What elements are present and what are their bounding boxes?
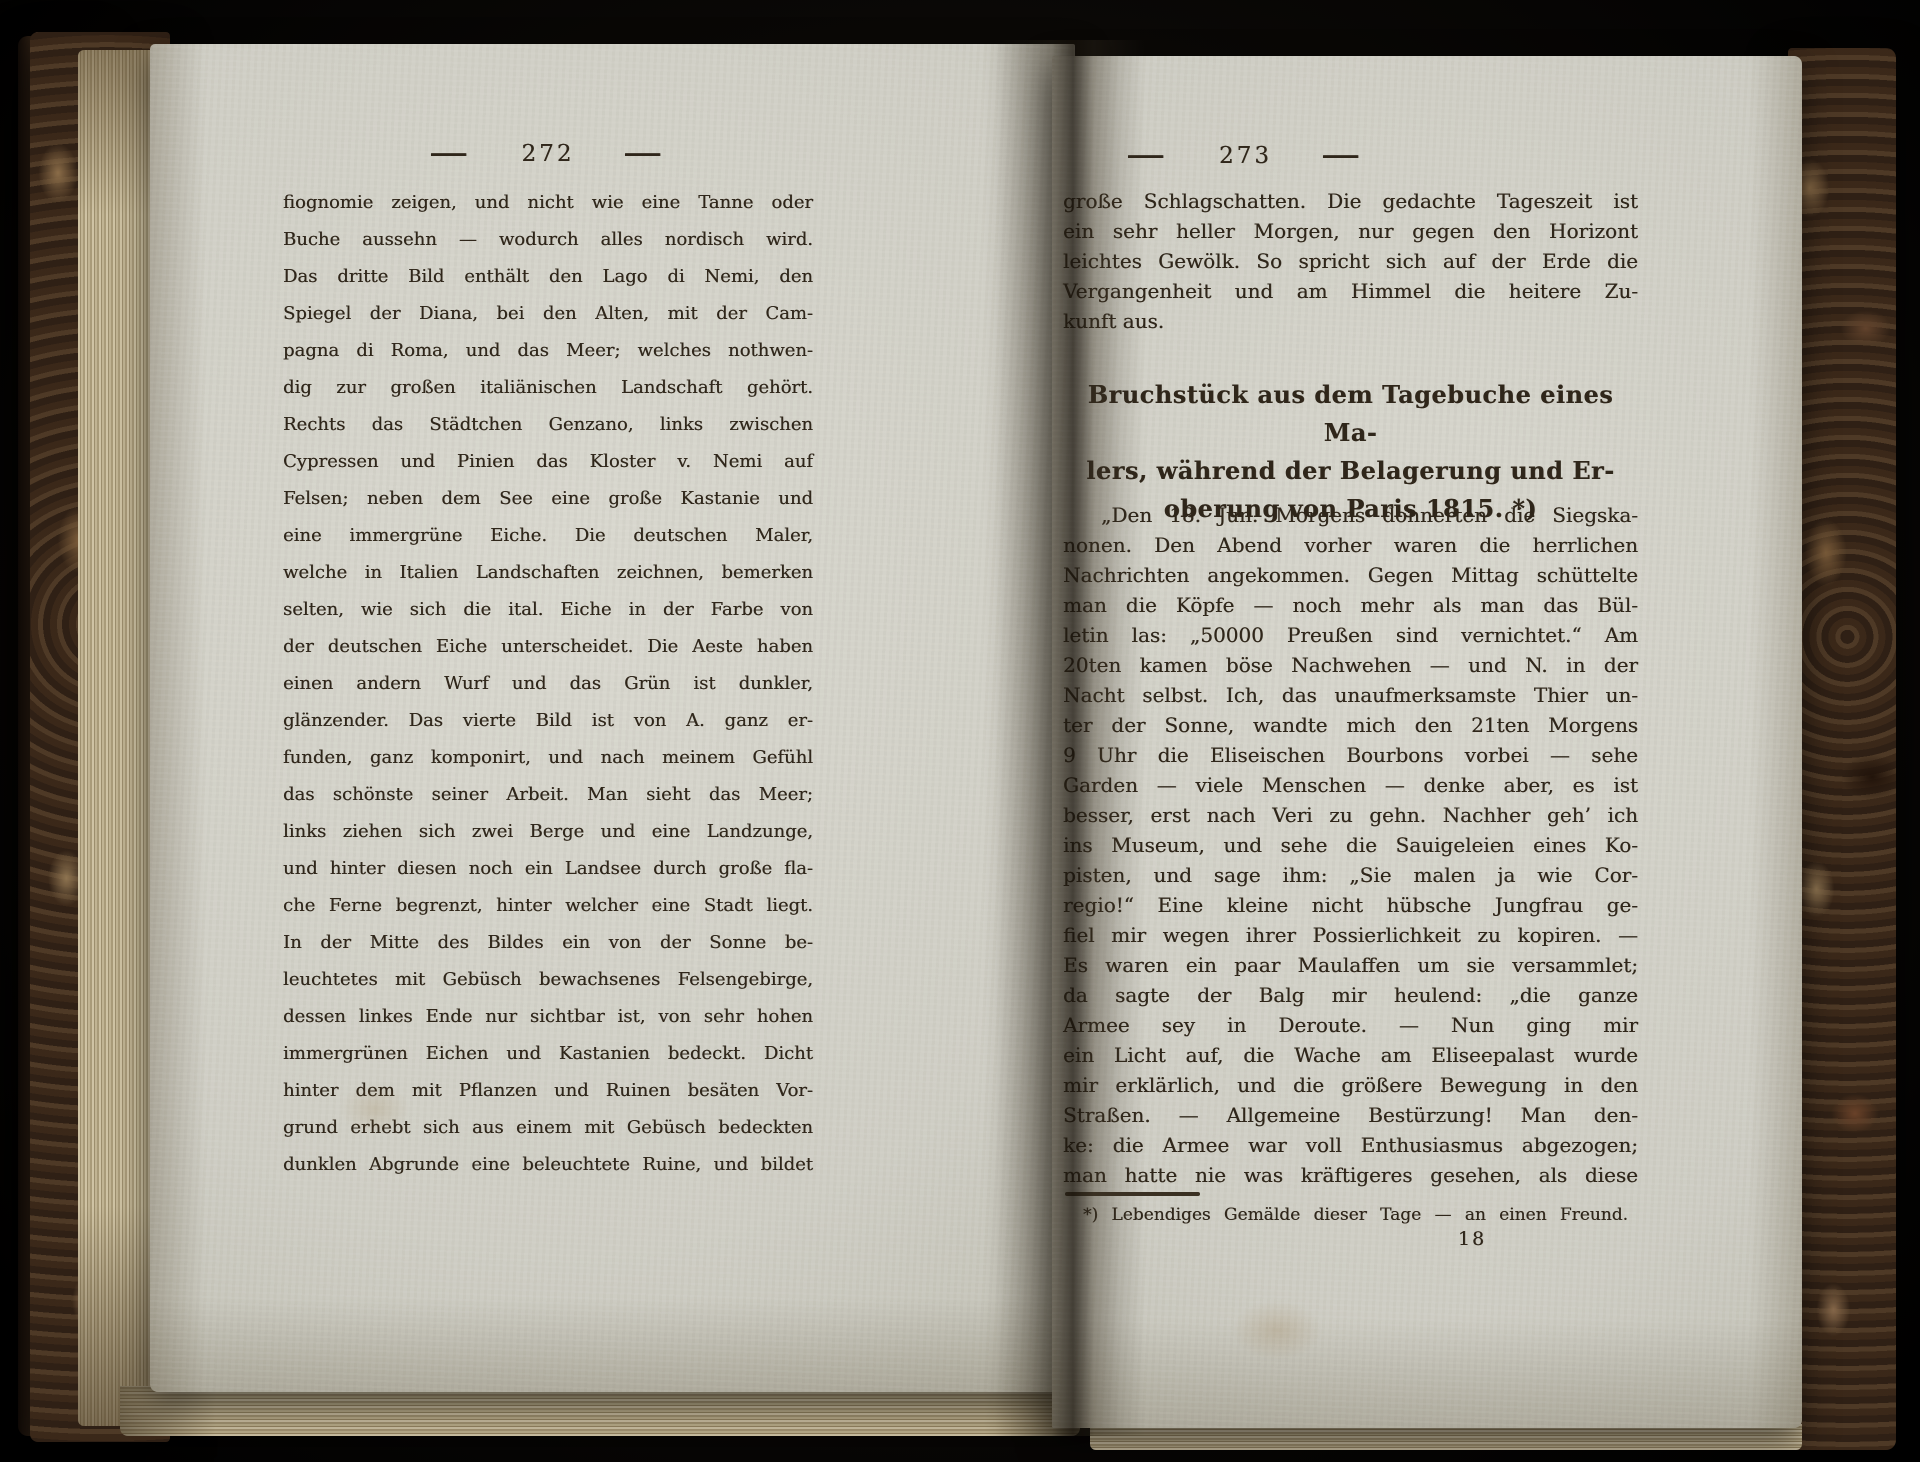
header-dash: — bbox=[428, 140, 472, 167]
text-line: welche in Italien Landschaften zeichnen,… bbox=[283, 554, 813, 591]
text-line: Garden — viele Menschen — denke aber, es… bbox=[1063, 770, 1638, 800]
text-line: das schönste seiner Arbeit. Man sieht da… bbox=[283, 776, 813, 813]
left-page-body-text: fiognomie zeigen, und nicht wie eine Tan… bbox=[283, 184, 813, 1183]
text-line: Straßen. — Allgemeine Bestürzung! Man de… bbox=[1063, 1100, 1638, 1130]
text-line: dessen linkes Ende nur sichtbar ist, von… bbox=[283, 998, 813, 1035]
text-line: funden, ganz komponirt, und nach meinem … bbox=[283, 739, 813, 776]
page-number-header-273: — 273 — bbox=[958, 142, 1533, 169]
text-line: regio!“ Eine kleine nicht hübsche Jungfr… bbox=[1063, 890, 1638, 920]
text-line: und hinter diesen noch ein Landsee durch… bbox=[283, 850, 813, 887]
text-line: kunft aus. bbox=[1063, 306, 1638, 336]
paper-stain bbox=[340, 1084, 410, 1134]
text-line: pagna di Roma, und das Meer; welches not… bbox=[283, 332, 813, 369]
page-number: 273 bbox=[1219, 143, 1272, 169]
right-page: — 273 — große Schlagschatten. Die gedach… bbox=[1052, 56, 1802, 1428]
text-line: fiel mir wegen ihrer Possierlichkeit zu … bbox=[1063, 920, 1638, 950]
text-line: In der Mitte des Bildes ein von der Sonn… bbox=[283, 924, 813, 961]
text-line: selten, wie sich die ital. Eiche in der … bbox=[283, 591, 813, 628]
text-line: Spiegel der Diana, bei den Alten, mit de… bbox=[283, 295, 813, 332]
text-line: che Ferne begrenzt, hinter welcher eine … bbox=[283, 887, 813, 924]
text-line: Rechts das Städtchen Genzano, links zwis… bbox=[283, 406, 813, 443]
open-book: — 272 — fiognomie zeigen, und nicht wie … bbox=[0, 0, 1920, 1462]
text-line: man hatte nie was kräftigeres gesehen, a… bbox=[1063, 1160, 1638, 1190]
heading-line: Bruchstück aus dem Tagebuche eines Ma- bbox=[1063, 376, 1638, 452]
text-line: Cypressen und Pinien das Kloster v. Nemi… bbox=[283, 443, 813, 480]
text-line: Buche aussehn — wodurch alles nordisch w… bbox=[283, 221, 813, 258]
text-line: ke: die Armee war voll Enthusiasmus abge… bbox=[1063, 1130, 1638, 1160]
text-line: Armee sey in Deroute. — Nun ging mir bbox=[1063, 1010, 1638, 1040]
text-line: Nachrichten angekommen. Gegen Mittag sch… bbox=[1063, 560, 1638, 590]
right-page-body-text: „Den 18. Jun. Morgens donnerten die Sieg… bbox=[1063, 500, 1638, 1190]
text-line: Vergangenheit und am Himmel die heitere … bbox=[1063, 276, 1638, 306]
bottom-page-edges-left bbox=[120, 1386, 1080, 1436]
text-line: besser, erst nach Veri zu gehn. Nachher … bbox=[1063, 800, 1638, 830]
text-line: immergrünen Eichen und Kastanien bedeckt… bbox=[283, 1035, 813, 1072]
paper-stain bbox=[1232, 1300, 1322, 1360]
right-page-intro-text: große Schlagschatten. Die gedachte Tages… bbox=[1063, 186, 1638, 336]
text-line: der deutschen Eiche unterscheidet. Die A… bbox=[283, 628, 813, 665]
page-number-header-272: — 272 — bbox=[283, 140, 813, 167]
text-line: nonen. Den Abend vorher waren die herrli… bbox=[1063, 530, 1638, 560]
text-line: eine immergrüne Eiche. Die deutschen Mal… bbox=[283, 517, 813, 554]
text-line: leichtes Gewölk. So spricht sich auf der… bbox=[1063, 246, 1638, 276]
header-dash: — bbox=[1321, 142, 1365, 169]
header-dash: — bbox=[623, 140, 667, 167]
text-line: fiognomie zeigen, und nicht wie eine Tan… bbox=[283, 184, 813, 221]
text-line: große Schlagschatten. Die gedachte Tages… bbox=[1063, 186, 1638, 216]
text-line: Das dritte Bild enthält den Lago di Nemi… bbox=[283, 258, 813, 295]
text-line: leuchtetes mit Gebüsch bewachsenes Felse… bbox=[283, 961, 813, 998]
text-line: einen andern Wurf und das Grün ist dunkl… bbox=[283, 665, 813, 702]
text-line: links ziehen sich zwei Berge und eine La… bbox=[283, 813, 813, 850]
footnote-text: *) Lebendiges Gemälde dieser Tage — an e… bbox=[1083, 1204, 1628, 1226]
text-line: mir erklärlich, und die größere Bewegung… bbox=[1063, 1070, 1638, 1100]
text-line: Es waren ein paar Maulaffen um sie versa… bbox=[1063, 950, 1638, 980]
text-line: ins Museum, und sehe die Sauigeleien ein… bbox=[1063, 830, 1638, 860]
text-line: Nacht selbst. Ich, das unaufmerksamste T… bbox=[1063, 680, 1638, 710]
left-page: — 272 — fiognomie zeigen, und nicht wie … bbox=[150, 44, 1075, 1392]
photo-background: — 272 — fiognomie zeigen, und nicht wie … bbox=[0, 0, 1920, 1462]
text-line: „Den 18. Jun. Morgens donnerten die Sieg… bbox=[1063, 500, 1638, 530]
text-line: Felsen; neben dem See eine große Kastani… bbox=[283, 480, 813, 517]
text-line: dig zur großen italiänischen Landschaft … bbox=[283, 369, 813, 406]
text-line: 9 Uhr die Eliseischen Bourbons vorbei — … bbox=[1063, 740, 1638, 770]
text-line: dunklen Abgrunde eine beleuchtete Ruine,… bbox=[283, 1146, 813, 1183]
footnote-rule bbox=[1065, 1192, 1200, 1196]
text-line: ein Licht auf, die Wache am Eliseepalast… bbox=[1063, 1040, 1638, 1070]
text-line: ter der Sonne, wandte mich den 21ten Mor… bbox=[1063, 710, 1638, 740]
text-line: 20ten kamen böse Nachwehen — und N. in d… bbox=[1063, 650, 1638, 680]
header-dash: — bbox=[1126, 142, 1170, 169]
text-line: pisten, und sage ihm: „Sie malen ja wie … bbox=[1063, 860, 1638, 890]
signature-mark: 18 bbox=[1442, 1228, 1502, 1250]
right-cover-marbled-board bbox=[1788, 48, 1896, 1450]
text-line: ein sehr heller Morgen, nur gegen den Ho… bbox=[1063, 216, 1638, 246]
heading-line: lers, während der Belagerung und Er- bbox=[1063, 452, 1638, 490]
text-line: man die Köpfe — noch mehr als man das Bü… bbox=[1063, 590, 1638, 620]
page-number: 272 bbox=[522, 141, 575, 167]
text-line: glänzender. Das vierte Bild ist von A. g… bbox=[283, 702, 813, 739]
text-line: da sagte der Balg mir heulend: „die ganz… bbox=[1063, 980, 1638, 1010]
text-line: letin las: „50000 Preußen sind vernichte… bbox=[1063, 620, 1638, 650]
